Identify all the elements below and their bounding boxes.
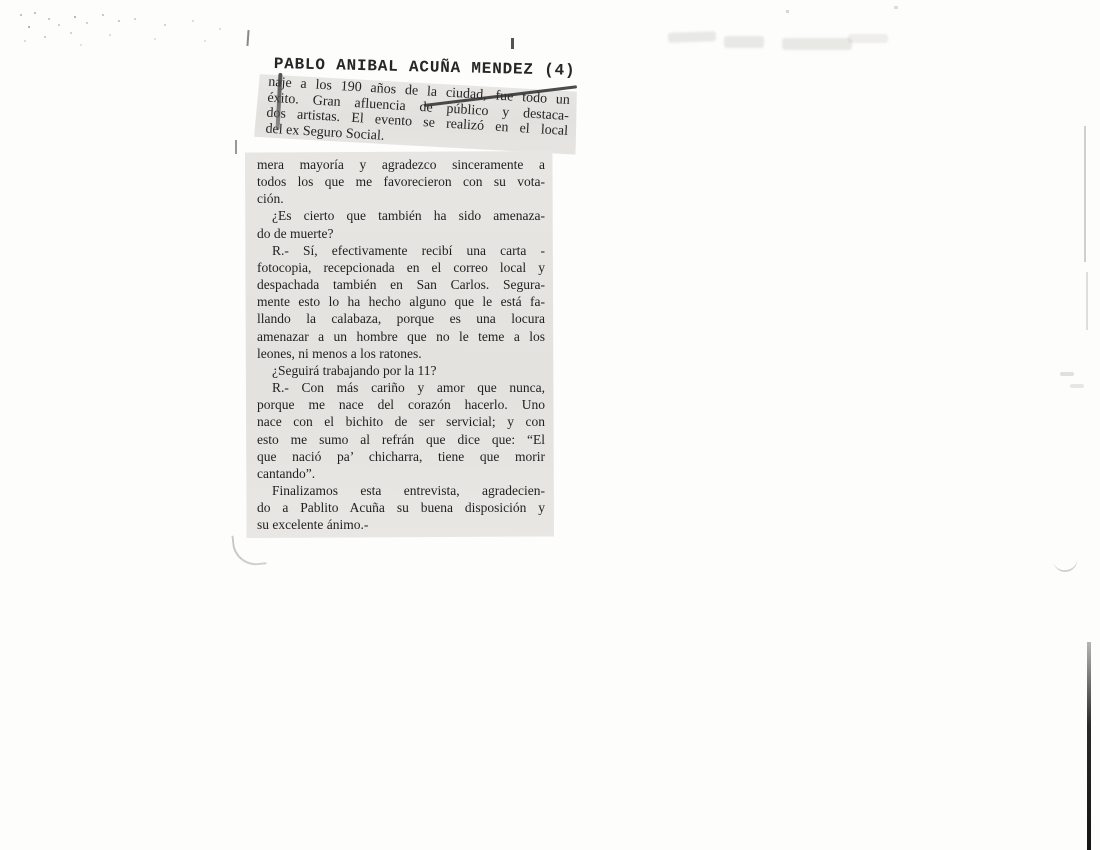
closing-text-line: Finalizamos esta entrevista, agradecien- [257,482,545,499]
registration-tick [511,38,514,49]
interview-answer-line: que nació pa’ chicharra, tiene que morir [257,448,545,465]
article-text-line: ción. [257,190,545,207]
scan-speck [1060,372,1074,376]
interview-answer-line: despachada también en San Carlos. Segura… [257,276,545,293]
scan-speckles [14,10,16,12]
interview-answer-line: amenazar a un hombre que no le teme a lo… [257,328,545,345]
interview-answer-line: llando la calabaza, porque es una locura [257,310,545,327]
interview-answer-line: esto me sumo al refrán que dice que: “El [257,431,545,448]
scan-smudge [848,34,888,43]
closing-text-line: su excelente ánimo.- [257,516,545,533]
interview-answer-line: leones, ni menos a los ratones. [257,345,545,362]
article-text-line: todos los que me favorecieron con su vot… [257,173,545,190]
main-clipping: mera mayoría y agradezco sinceramente a … [245,151,554,538]
article-text-line: mera mayoría y agradezco sinceramente a [257,156,545,173]
scan-smudge [782,38,852,50]
scan-speck [786,10,789,13]
pencil-corner-mark [231,532,266,567]
registration-tick [235,140,237,154]
top-clipping: naje a los 190 años de la ciudad, fue to… [254,72,579,157]
scan-smudge [724,36,764,48]
interview-answer-line: R.- Sí, efectivamente recibí una carta - [257,242,545,259]
scan-smudge [668,31,716,43]
scanned-page: PABLO ANIBAL ACUÑA MENDEZ (4) naje a los… [0,0,1100,850]
interview-answer-line: fotocopia, recepcionada en el correo loc… [257,259,545,276]
interview-question-line: ¿Es cierto que también ha sido amenaza- [257,207,545,224]
interview-answer-line: mente esto lo ha hecho alguno que le est… [257,293,545,310]
scan-edge-line [1084,126,1086,262]
scan-edge-line [1086,272,1088,330]
closing-text-line: do a Pablito Acuña su buena disposición … [257,499,545,516]
registration-tick [246,30,249,46]
article-headline: PABLO ANIBAL ACUÑA MENDEZ (4) [274,55,594,80]
interview-answer-line: cantando”. [257,465,545,482]
interview-question-line: ¿Seguirá trabajando por la 11? [257,362,545,379]
interview-answer-line: R.- Con más cariño y amor que nunca, [257,379,545,396]
scan-edge-dark-line [1087,642,1091,850]
interview-question-line: do de muerte? [257,225,545,242]
scan-speck [894,6,898,9]
interview-answer-line: nace con el bichito de ser servicial; y … [257,413,545,430]
pencil-mark [1053,558,1078,573]
interview-answer-line: porque me nace del corazón hacerlo. Uno [257,396,545,413]
